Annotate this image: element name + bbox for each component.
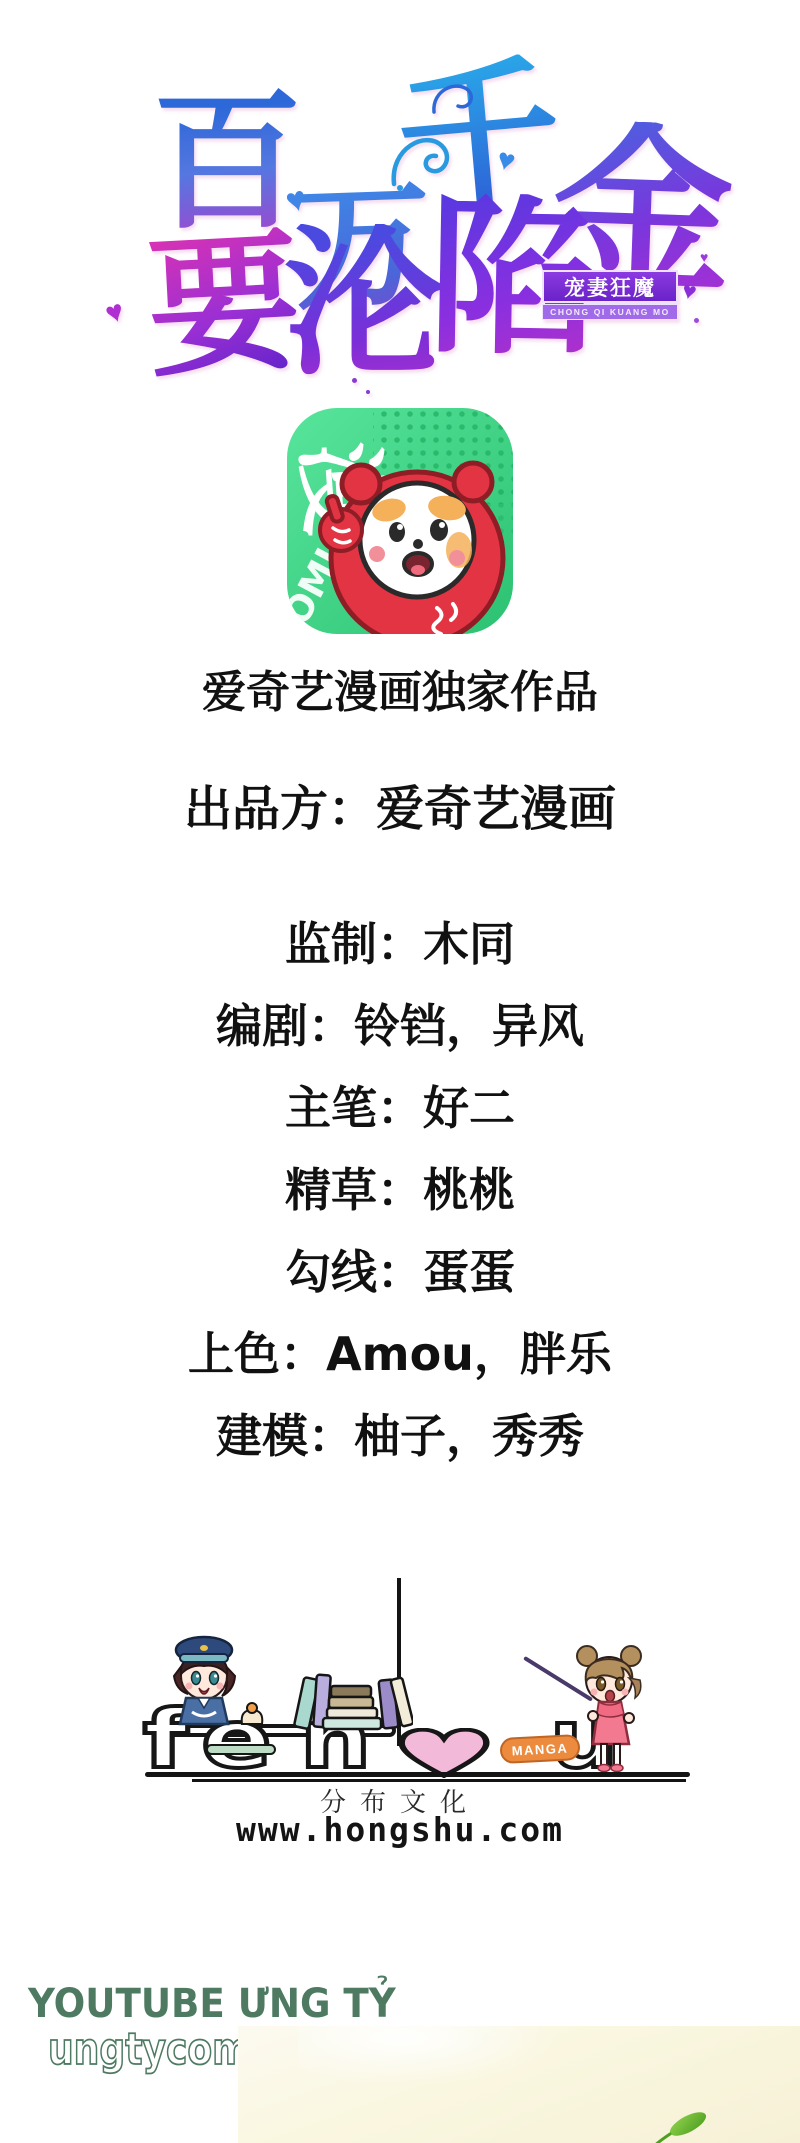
- credit-line: 编剧：铃铛，异风: [0, 985, 800, 1067]
- manga-badge-label: MANGA: [511, 1740, 568, 1758]
- credit-line: 勾线：蛋蛋: [0, 1231, 800, 1313]
- app-icon-iqiyi-comics: 漫 COMIC: [287, 408, 513, 634]
- title-char: 沦: [283, 224, 443, 384]
- heart-icon: ♥: [700, 250, 708, 264]
- mascot-shiba-dog: [320, 463, 503, 634]
- studio-website: www.hongshu.com: [0, 1810, 800, 1849]
- sparkle-dot: [366, 390, 370, 394]
- subtitle-badge: 宠妻狂魔 CHONG QI KUANG MO: [542, 270, 678, 320]
- subtitle-text: 宠妻狂魔: [542, 270, 678, 303]
- swirl-flourish-icon: [428, 76, 484, 120]
- book-stack-icon: [293, 1672, 413, 1734]
- title-logo: 百 万 千 金 要 沦 陷 ♥ ♥ ♥ ♥ ♥ 宠妻狂魔 CHONG QI KU…: [0, 0, 800, 420]
- logo-underline: [145, 1772, 690, 1777]
- mint-accent-bar: [206, 1744, 276, 1755]
- comic-title-page: 百 万 千 金 要 沦 陷 ♥ ♥ ♥ ♥ ♥ 宠妻狂魔 CHONG QI KU…: [0, 0, 800, 2143]
- pink-heart-icon: [398, 1728, 490, 1778]
- fenbu-studio-logo: fe n u: [0, 1560, 800, 1860]
- credits-block: 监制：木同 编剧：铃铛，异风 主笔：好二 精草：桃桃 勾线：蛋蛋 上色：Amou…: [0, 903, 800, 1477]
- exclusive-work-line: 爱奇艺漫画独家作品: [0, 656, 800, 720]
- credit-line: 监制：木同: [0, 903, 800, 985]
- light-streak: [298, 2026, 558, 2086]
- credit-line: 主笔：好二: [0, 1067, 800, 1149]
- chibi-boy-character: [156, 1634, 252, 1726]
- sparkle-dot: [694, 318, 699, 323]
- subtitle-pinyin: CHONG QI KUANG MO: [542, 304, 678, 320]
- chibi-girl-character: [565, 1644, 655, 1772]
- credit-line: 精草：桃桃: [0, 1149, 800, 1231]
- credit-line: 上色：Amou，胖乐: [0, 1313, 800, 1395]
- swirl-flourish-icon: [386, 118, 482, 196]
- heart-icon: ♥: [102, 296, 128, 330]
- leaf-icon: [650, 2108, 714, 2143]
- sparkle-dot: [352, 378, 357, 383]
- producer-line: 出品方：爱奇艺漫画: [0, 770, 800, 839]
- credit-line: 建模：柚子，秀秀: [0, 1395, 800, 1477]
- bun-icon: [240, 1700, 264, 1726]
- next-panel-preview: [238, 2026, 800, 2143]
- title-char: 要: [144, 226, 304, 386]
- youtube-channel-watermark: YOUTUBE ƯNG TỶ: [28, 1981, 396, 2027]
